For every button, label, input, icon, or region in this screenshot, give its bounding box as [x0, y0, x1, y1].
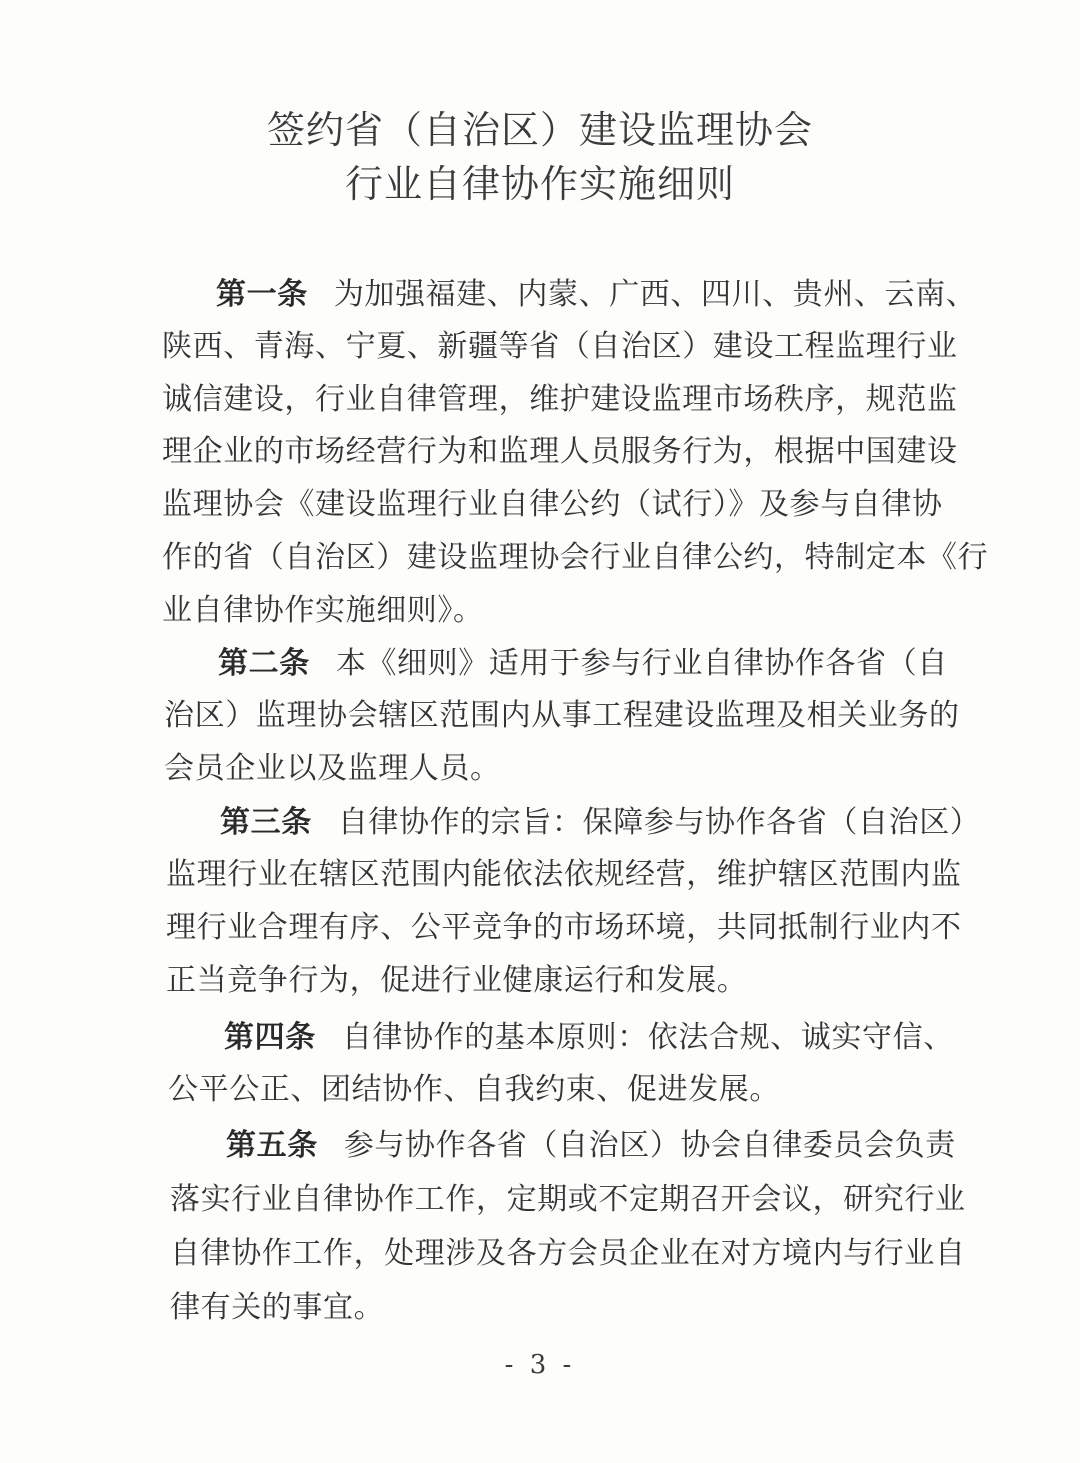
article-1-line-3: 诚信建设，行业自律管理，维护建设监理市场秩序，规范监: [162, 380, 958, 420]
article-1-line-2: 陕西、青海、宁夏、新疆等省（自治区）建设工程监理行业: [162, 327, 958, 367]
article-5-heading: 第五条: [226, 1128, 318, 1163]
article-2-heading: 第二条: [218, 646, 310, 681]
document-page: 签约省（自治区）建设监理协会 行业自律协作实施细则 第一条为加强福建、内蒙、广西…: [0, 0, 1080, 1463]
article-2-line-1: 本《细则》适用于参与行业自律协作各省（自: [336, 646, 948, 681]
article-4-line-1: 自律协作的基本原则：依法合规、诚实守信、: [342, 1020, 954, 1055]
article-5-line-3: 自律协作工作，处理涉及各方会员企业在对方境内与行业自: [170, 1234, 966, 1274]
article-1-line-6: 作的省（自治区）建设监理协会行业自律公约，特制定本《行: [162, 538, 988, 578]
article-1-line-1: 为加强福建、内蒙、广西、四川、贵州、云南、: [334, 277, 977, 312]
article-4-heading: 第四条: [224, 1020, 316, 1055]
article-1-line-5: 监理协会《建设监理行业自律公约（试行）》及参与自律协: [162, 485, 943, 525]
article-1-line-4: 理企业的市场经营行为和监理人员服务行为，根据中国建设: [162, 432, 958, 472]
article-2-line-2: 治区）监理协会辖区范围内从事工程建设监理及相关业务的: [164, 696, 960, 736]
article-4-line-2: 公平公正、团结协作、自我约束、促进发展。: [168, 1070, 780, 1110]
document-title-line-1: 签约省（自治区）建设监理协会: [0, 106, 1080, 154]
article-3-line-3: 理行业合理有序、公平竞争的市场环境，共同抵制行业内不: [166, 908, 962, 948]
article-5-line-1: 参与协作各省（自治区）协会自律委员会负责: [344, 1128, 956, 1163]
article-3-heading: 第三条: [220, 805, 312, 840]
article-2-line-3: 会员企业以及监理人员。: [164, 749, 501, 789]
article-3-line-1: 自律协作的宗旨：保障参与协作各省（自治区）: [338, 805, 981, 840]
page-number: - 3 -: [0, 1350, 1080, 1380]
article-5-line-4: 律有关的事宜。: [170, 1288, 384, 1328]
document-title-line-2: 行业自律协作实施细则: [0, 160, 1080, 208]
article-5-line-2: 落实行业自律协作工作，定期或不定期召开会议，研究行业: [170, 1180, 966, 1220]
article-1-line-7: 业自律协作实施细则》。: [162, 591, 484, 631]
article-1-heading: 第一条: [216, 277, 308, 312]
article-3-line-4: 正当竞争行为，促进行业健康运行和发展。: [166, 961, 747, 1001]
article-3-line-2: 监理行业在辖区范围内能依法依规经营，维护辖区范围内监: [166, 855, 962, 895]
